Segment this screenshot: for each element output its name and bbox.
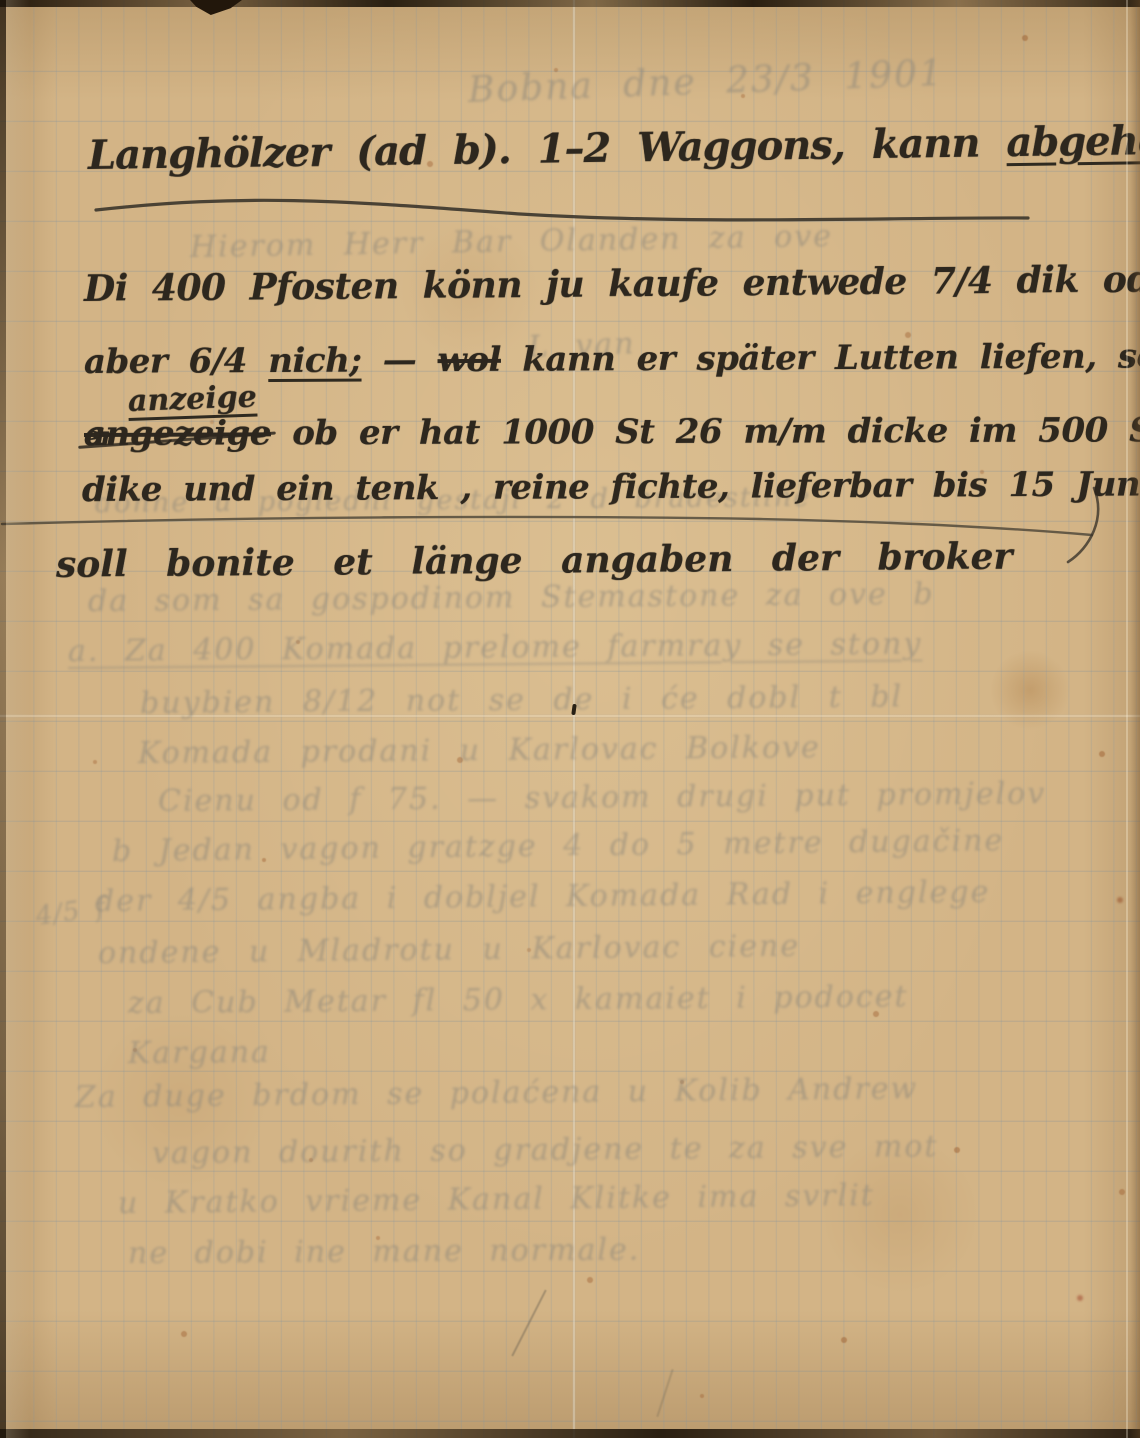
torn-notch <box>190 0 242 15</box>
ink-floating-note-2: er <box>84 422 114 452</box>
ink-segment-u: nich; <box>268 341 361 381</box>
ink-segment-st2: angezeige <box>84 413 271 454</box>
ink-segment: soll bonite et länge angaben der broker <box>56 536 1013 586</box>
ghost-line-3: donne u pogledni gestajl 2 d bradestilne <box>95 482 812 519</box>
flourish-descender <box>1068 488 1098 562</box>
ghost-line-4: da som sa gospodinom Stemastone za ove b <box>88 577 935 619</box>
ghost-text-layer: Bobna dne 23/3 1901Hierom Herr Bar Oland… <box>0 0 1140 1438</box>
page-left-highlight <box>6 0 30 1438</box>
heading-sweep-underline <box>96 200 1028 220</box>
ghost-line-17: ne dobi ine mane normale. <box>128 1232 641 1271</box>
ink-line-3: angezeige ob er hat 1000 St 26 m/m dicke… <box>84 410 1140 454</box>
ink-underline-strokes <box>0 0 1140 1438</box>
ghost-line-14: Za duge brdom se polaćena u Kolib Andrew <box>75 1071 919 1115</box>
pencil-stray-mark <box>511 1290 546 1357</box>
vertical-fold-crease <box>572 0 576 1438</box>
ghost-title: Bobna dne 23/3 1901 <box>467 53 944 111</box>
ink-line-1: Di 400 Pfosten könn ju kaufe entwede 7/4… <box>84 257 1140 310</box>
ink-line-5: soll bonite et länge angaben der broker <box>56 536 1013 586</box>
ink-segment: — <box>361 340 437 380</box>
page-top-edge <box>0 0 1140 7</box>
ghost-line-15: vagon dourith so gradjene te za sve mot <box>152 1129 939 1171</box>
ink-segment: Langhölzer (ad b). 1–2 Waggons, kann <box>88 119 1007 179</box>
ink-segment-st: wol <box>437 340 501 380</box>
ghost-line-13: Kargana <box>128 1035 271 1071</box>
document-scan: Bobna dne 23/3 1901Hierom Herr Bar Oland… <box>0 0 1140 1438</box>
ink-line-4: dike und ein tenk , reine fichte, liefer… <box>82 464 1140 510</box>
ghost-line-12: za Cub Metar fl 50 x kamaiet i podocet <box>128 979 909 1021</box>
ghost-line-10: der 4/5 angba i dobljel Komada Rad i eng… <box>95 875 991 919</box>
paper-grid <box>0 0 1140 1438</box>
page-bottom-edge <box>0 1429 1140 1438</box>
ghost-line-5: a. Za 400 Komada prelome farmray se ston… <box>68 627 923 669</box>
ghost-line-7: Komada prodani u Karlovac Bolkove <box>138 730 821 771</box>
ghost-line-1: Hierom Herr Bar Olanden za ove <box>190 219 834 265</box>
ghost-line-11: ondene u Mladrotu u Karlovac ciene <box>98 929 800 971</box>
ink-floating-note-1: anzeige <box>127 380 257 419</box>
ink-line-2: aber 6/4 nich; — wol kann er später Lutt… <box>84 336 1140 382</box>
ghost-line-16: u Kratko vrieme Kanal Klitke ima svrlit <box>118 1178 875 1221</box>
ghost-line-8: Cienu od f 75. — svakom drugi put promje… <box>158 776 1046 819</box>
heading-line: Langhölzer (ad b). 1–2 Waggons, kann abg… <box>88 114 1140 179</box>
paragraph-long-underline <box>2 517 1092 535</box>
ink-text-layer: Langhölzer (ad b). 1–2 Waggons, kann abg… <box>0 0 1140 1438</box>
ink-segment: Di 400 Pfosten könn ju kaufe entwede 7/4… <box>84 257 1140 310</box>
ink-segment: kann er später Lutten liefen, so zoll <box>501 336 1140 380</box>
ink-segment-u: abgehen. <box>1006 116 1140 166</box>
horizontal-fold-crease <box>0 714 1140 718</box>
ghost-line-2: L van <box>527 326 636 365</box>
pencil-stray-mark-2 <box>656 1369 673 1417</box>
page-right-crease <box>1126 0 1128 1438</box>
page-right-edge <box>1130 0 1140 1438</box>
ghost-margin-mark: 4/5 f <box>34 892 108 932</box>
ink-segment: ob er hat 1000 St 26 m/m dicke im 500 St… <box>271 410 1140 454</box>
ghost-line-9: b Jedan vagon gratzge 4 do 5 metre dugač… <box>112 823 1005 869</box>
ink-segment: dike und ein tenk , reine fichte, liefer… <box>82 464 1140 510</box>
ink-segment: aber 6/4 <box>84 341 268 382</box>
